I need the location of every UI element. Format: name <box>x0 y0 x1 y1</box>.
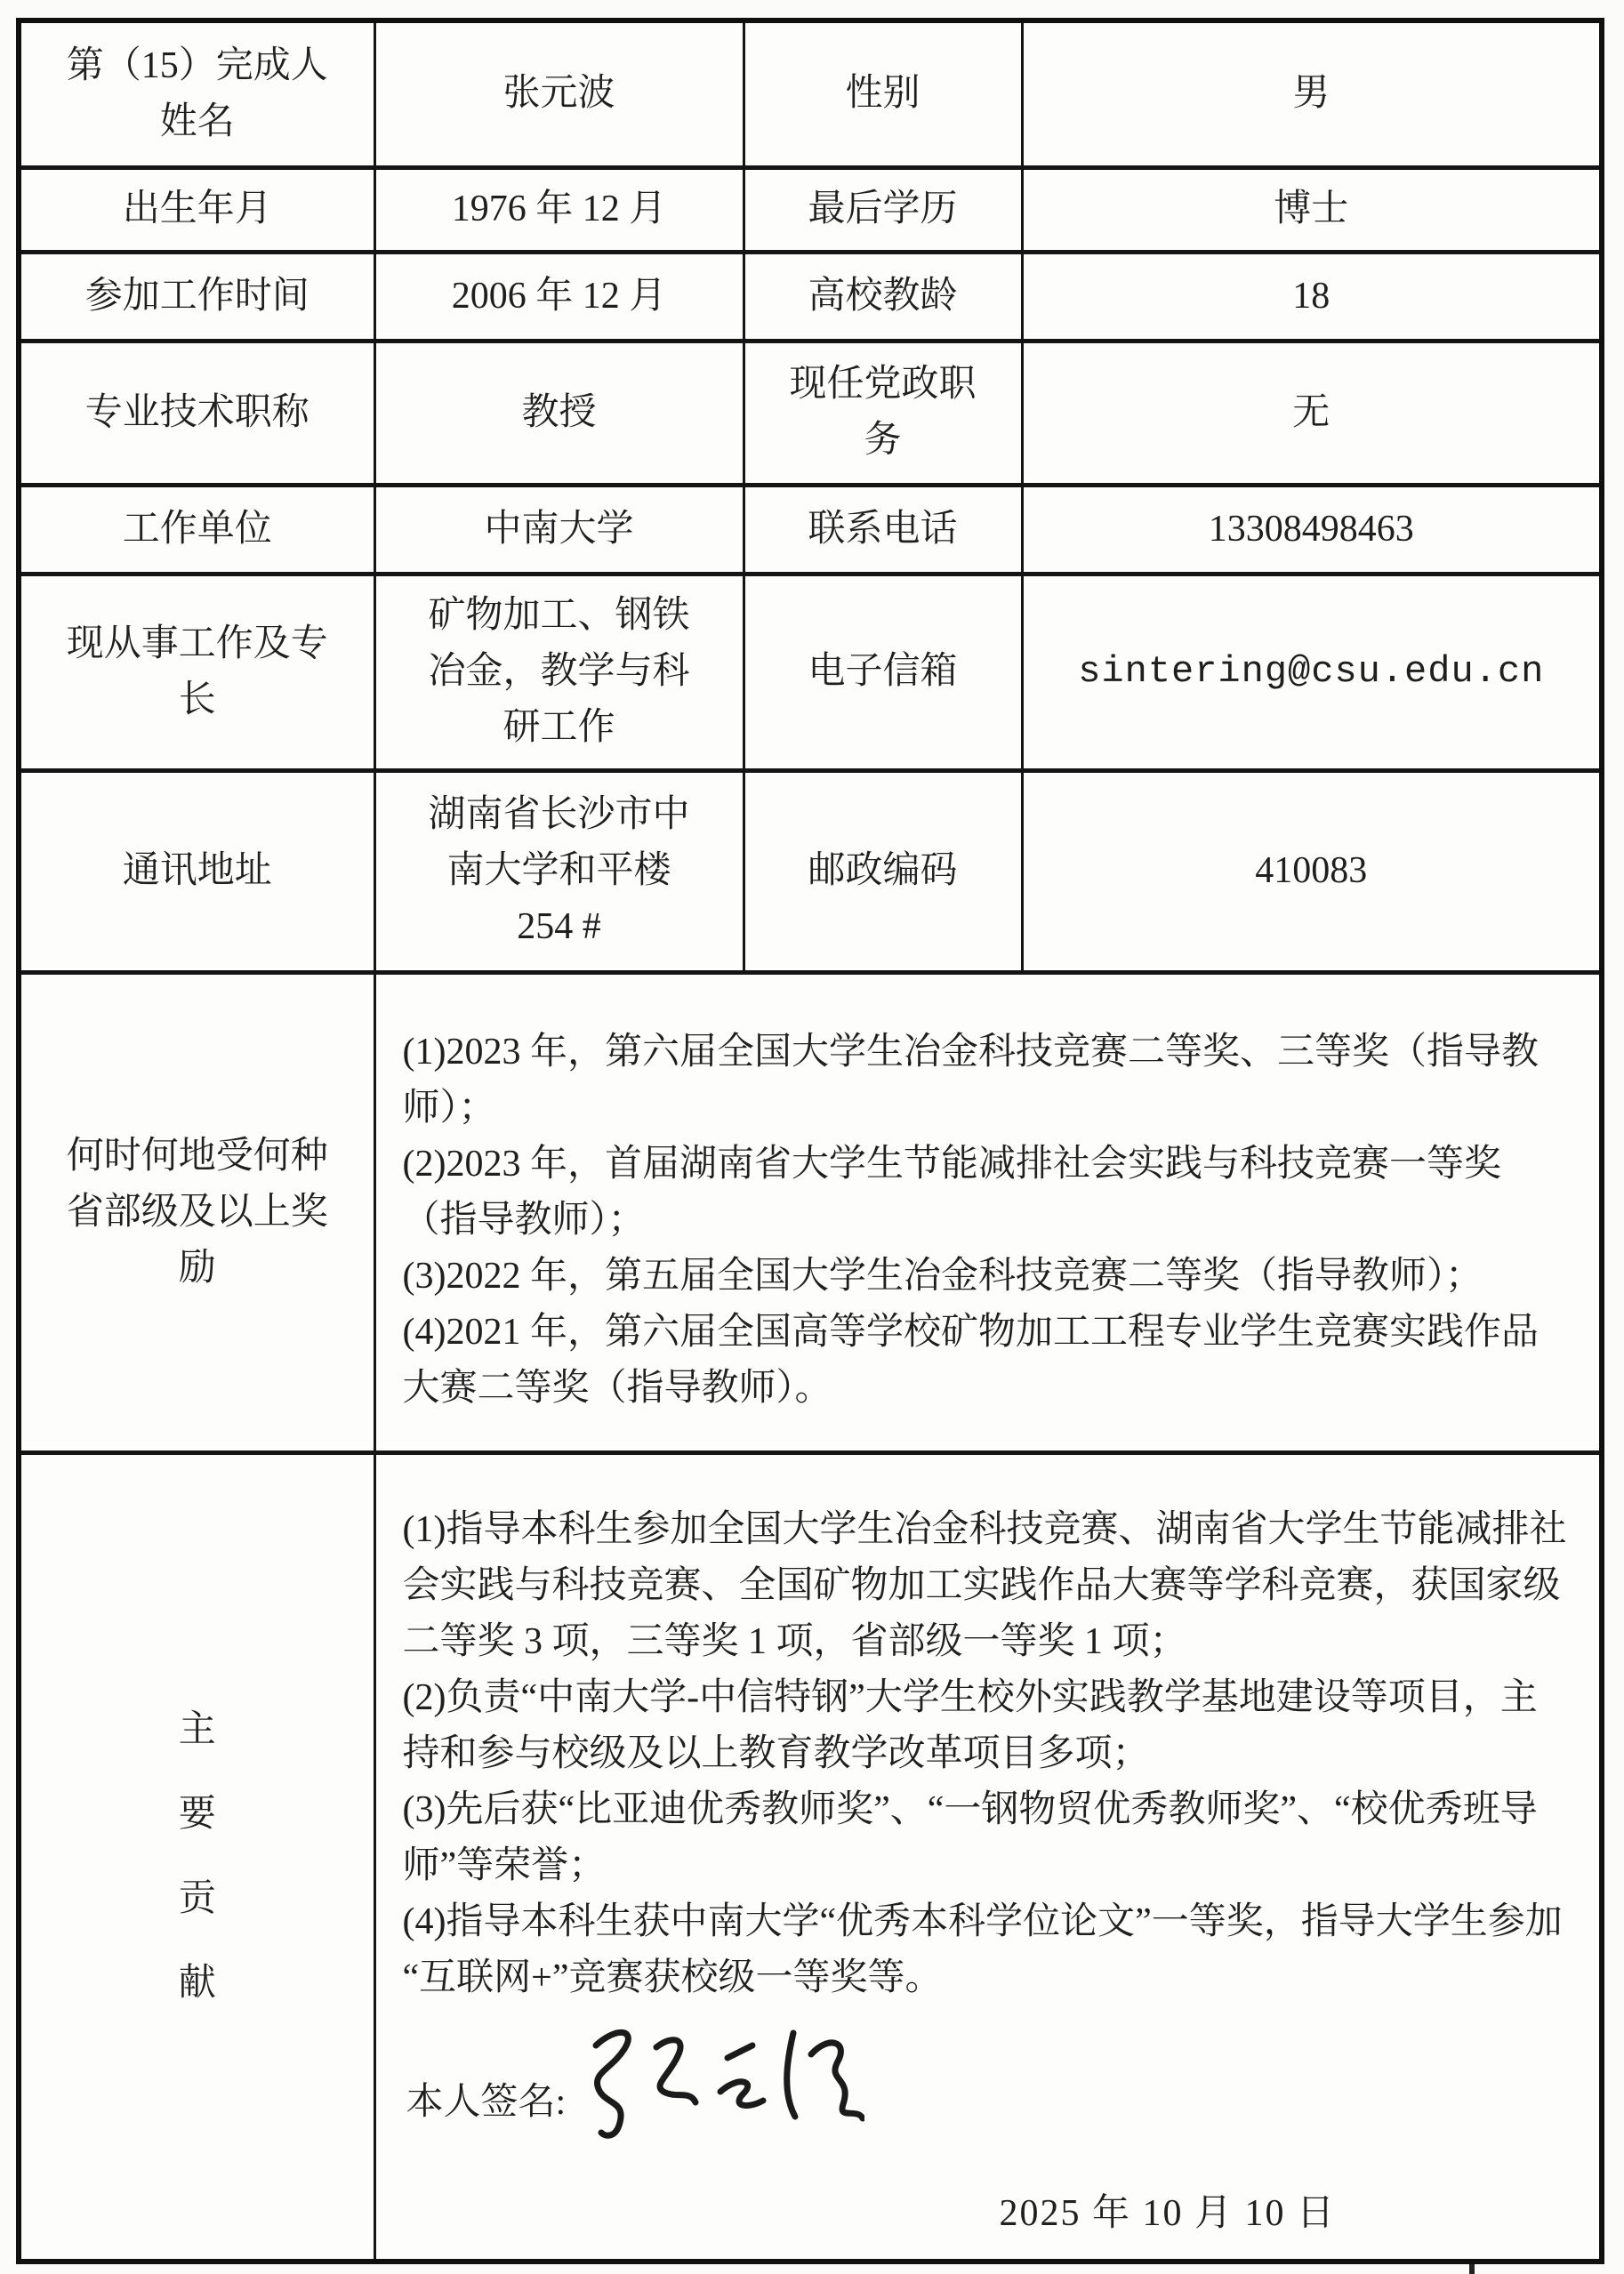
table-row: 出生年月 1976 年 12 月 最后学历 博士 <box>19 167 1602 252</box>
scan-artifact <box>1469 2264 1475 2274</box>
contributions-label-cell: 主 要 贡 献 <box>19 1452 374 2262</box>
table-row: 专业技术职称 教授 现任党政职务 无 <box>19 341 1602 485</box>
current-work-label: 现从事工作及专长 <box>19 574 374 770</box>
completer-name-value: 张元波 <box>374 20 744 167</box>
email-label: 电子信箱 <box>744 574 1022 770</box>
signature-row: 本人签名: <box>406 2037 1575 2170</box>
birth-date-value: 1976 年 12 月 <box>374 167 744 252</box>
work-start-label: 参加工作时间 <box>19 252 374 341</box>
awards-label: 何时何地受何种省部级及以上奖励 <box>19 972 374 1452</box>
current-work-value: 矿物加工、钢铁冶金，教学与科研工作 <box>374 574 744 770</box>
teaching-years-value: 18 <box>1022 252 1602 341</box>
address-value: 湖南省长沙市中南大学和平楼 254 # <box>374 770 744 972</box>
gender-value: 男 <box>1022 20 1602 167</box>
scanned-form-page: 第（15）完成人姓名 张元波 性别 男 出生年月 1976 年 12 月 最后学… <box>0 0 1624 2274</box>
address-label: 通讯地址 <box>19 770 374 972</box>
table-row: 通讯地址 湖南省长沙市中南大学和平楼 254 # 邮政编码 410083 <box>19 770 1602 972</box>
awards-text: (1)2023 年，第六届全国大学生冶金科技竞赛二等奖、三等奖（指导教师）； (… <box>403 1025 1575 1417</box>
contributions-cell: (1)指导本科生参加全国大学生冶金科技竞赛、湖南省大学生节能减排社会实践与科技竞… <box>374 1452 1602 2262</box>
professional-title-label: 专业技术职称 <box>19 341 374 485</box>
professional-title-value: 教授 <box>374 341 744 485</box>
birth-date-label: 出生年月 <box>19 167 374 252</box>
signature-handwriting <box>571 2003 864 2171</box>
completer-name-label: 第（15）完成人姓名 <box>19 20 374 167</box>
party-post-value: 无 <box>1022 341 1602 485</box>
employer-label: 工作单位 <box>19 485 374 574</box>
last-degree-label: 最后学历 <box>744 167 1022 252</box>
table-row: 参加工作时间 2006 年 12 月 高校教龄 18 <box>19 252 1602 341</box>
table-row: 第（15）完成人姓名 张元波 性别 男 <box>19 20 1602 167</box>
gender-label: 性别 <box>744 20 1022 167</box>
contributions-row: 主 要 贡 献 (1)指导本科生参加全国大学生冶金科技竞赛、湖南省大学生节能减排… <box>19 1452 1602 2262</box>
email-value: sintering@csu.edu.cn <box>1022 574 1602 770</box>
teaching-years-label: 高校教龄 <box>744 252 1022 341</box>
postcode-label: 邮政编码 <box>744 770 1022 972</box>
awards-row: 何时何地受何种省部级及以上奖励 (1)2023 年，第六届全国大学生冶金科技竞赛… <box>19 972 1602 1452</box>
party-post-label: 现任党政职务 <box>744 341 1022 485</box>
personnel-info-table: 第（15）完成人姓名 张元波 性别 男 出生年月 1976 年 12 月 最后学… <box>16 18 1604 2264</box>
table-row: 现从事工作及专长 矿物加工、钢铁冶金，教学与科研工作 电子信箱 sinterin… <box>19 574 1602 770</box>
work-start-value: 2006 年 12 月 <box>374 252 744 341</box>
employer-value: 中南大学 <box>374 485 744 574</box>
signature-label: 本人签名: <box>406 2075 567 2131</box>
phone-value: 13308498463 <box>1022 485 1602 574</box>
contributions-label: 主 要 贡 献 <box>22 1688 373 2026</box>
postcode-value: 410083 <box>1022 770 1602 972</box>
signature-date: 2025 年 10 月 10 日 <box>403 2186 1575 2242</box>
awards-text-cell: (1)2023 年，第六届全国大学生冶金科技竞赛二等奖、三等奖（指导教师）； (… <box>374 972 1602 1452</box>
phone-label: 联系电话 <box>744 485 1022 574</box>
contributions-text: (1)指导本科生参加全国大学生冶金科技竞赛、湖南省大学生节能减排社会实践与科技竞… <box>403 1502 1575 2006</box>
last-degree-value: 博士 <box>1022 167 1602 252</box>
table-row: 工作单位 中南大学 联系电话 13308498463 <box>19 485 1602 574</box>
